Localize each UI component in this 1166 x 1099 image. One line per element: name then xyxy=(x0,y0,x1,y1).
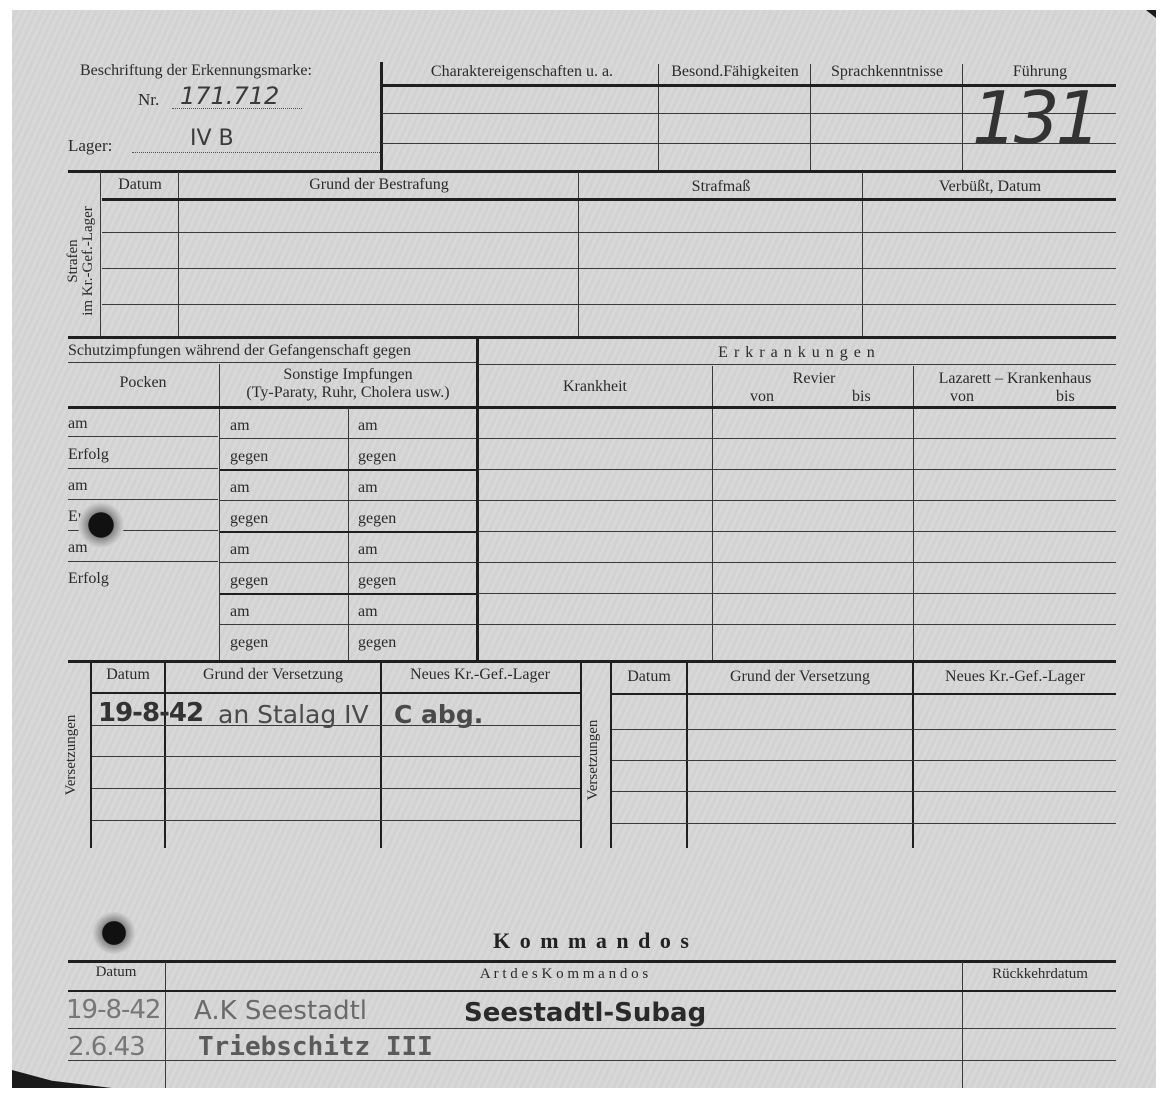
revier-label: Revier xyxy=(714,370,914,388)
lazarett-bis: bis xyxy=(1056,388,1075,406)
col-datum-right: Datum xyxy=(612,668,686,686)
sonstige-row: am xyxy=(230,417,250,435)
kommando-art-2: Triebschitz III xyxy=(198,1032,433,1062)
fuehrung-value: 131 xyxy=(972,76,1097,160)
rule xyxy=(612,760,1116,761)
scan-shadow xyxy=(12,1070,112,1088)
sonstige-row: am xyxy=(358,417,378,435)
sonstige-line-2: (Ty-Paraty, Ruhr, Cholera usw.) xyxy=(220,384,476,402)
pocken-row: Erfolg xyxy=(68,446,109,464)
rule xyxy=(68,960,1116,963)
rule xyxy=(220,593,476,595)
rule xyxy=(478,531,1116,532)
lager-dotted-line xyxy=(132,152,382,153)
punch-hole xyxy=(78,502,124,548)
punch-hole xyxy=(92,912,136,954)
col-lager-right: Neues Kr.-Gef.-Lager xyxy=(914,668,1116,686)
kommando-datum-2: 2.6.43 xyxy=(68,1032,145,1062)
corner-shadow xyxy=(1146,10,1156,18)
sonstige-row: gegen xyxy=(358,572,396,590)
pow-record-card: Beschriftung der Erkennungsmarke: Nr. 17… xyxy=(12,10,1156,1088)
kommando-datum-1: 19-8-42 xyxy=(66,995,160,1025)
rule xyxy=(478,624,1116,625)
revier-bis: bis xyxy=(852,388,871,406)
rule xyxy=(612,729,1116,730)
rule xyxy=(102,304,1116,305)
revier-von: von xyxy=(750,388,774,406)
rule xyxy=(102,232,1116,233)
pocken-row: am xyxy=(68,415,88,433)
col-datum: Datum xyxy=(102,176,178,194)
side-label-line: Strafen xyxy=(66,206,81,316)
col-grund-left: Grund der Versetzung xyxy=(166,666,380,684)
divider xyxy=(712,366,713,660)
kommando-art-1: A.K Seestadtl xyxy=(194,996,367,1026)
strafen-side-label: Strafen im Kr.-Gef.-Lager xyxy=(66,206,100,316)
sonstige-row: gegen xyxy=(230,572,268,590)
side-label-line: im Kr.-Gef.-Lager xyxy=(81,206,96,316)
nr-value: 171.712 xyxy=(180,82,279,110)
divider xyxy=(962,64,963,170)
kommandos-title: K o m m a n d o s xyxy=(392,928,792,954)
rule xyxy=(68,406,476,409)
divider xyxy=(580,662,582,848)
col-datum-left: Datum xyxy=(92,666,164,684)
rule xyxy=(612,693,1116,695)
divider xyxy=(913,366,914,660)
col-charakter: Charaktereigenschaften u. a. xyxy=(384,63,660,81)
rule xyxy=(92,788,580,789)
pocken-row: Erfolg xyxy=(68,570,109,588)
divider xyxy=(610,662,612,848)
col-kommando-art: A r t d e s K o m m a n d o s xyxy=(166,966,962,983)
erkennungsmarke-label: Beschriftung der Erkennungsmarke: xyxy=(80,62,312,80)
sonstige-row: am xyxy=(230,603,250,621)
col-grund-right: Grund der Versetzung xyxy=(688,668,912,686)
versetzung-grund: an Stalag IV xyxy=(218,700,369,729)
divider xyxy=(658,64,659,170)
divider xyxy=(862,172,863,336)
rule xyxy=(478,593,1116,594)
lager-label: Lager: xyxy=(68,136,112,156)
sonstige-row: gegen xyxy=(358,634,396,652)
col-grund: Grund der Bestrafung xyxy=(180,176,578,194)
rule xyxy=(92,756,580,757)
divider xyxy=(962,962,963,1088)
pocken-row: am xyxy=(68,477,88,495)
lazarett-von: von xyxy=(950,388,974,406)
kommando-art-extra-1: Seestadtl-Subag xyxy=(464,998,706,1028)
sonstige-row: am xyxy=(358,479,378,497)
col-kommando-datum: Datum xyxy=(68,964,164,981)
rule xyxy=(220,500,476,501)
sonstige-row: gegen xyxy=(230,510,268,528)
erkrankungen-title: E r k r a n k u n g e n xyxy=(478,344,1116,362)
rule xyxy=(68,561,218,562)
lager-value: IV B xyxy=(190,126,234,151)
sonstige-label: Sonstige Impfungen (Ty-Paraty, Ruhr, Cho… xyxy=(220,366,476,402)
rule xyxy=(220,531,476,533)
rule xyxy=(68,499,218,500)
rule xyxy=(92,820,580,821)
rule xyxy=(478,406,1116,409)
rule xyxy=(68,436,218,437)
sonstige-row: am xyxy=(230,541,250,559)
divider xyxy=(100,172,101,336)
rule xyxy=(478,364,1116,365)
divider xyxy=(912,662,914,848)
header-divider xyxy=(380,62,383,170)
sonstige-row: am xyxy=(358,603,378,621)
rule xyxy=(220,469,476,471)
col-lager-left: Neues Kr.-Gef.-Lager xyxy=(382,666,578,684)
col-verbuesst: Verbüßt, Datum xyxy=(864,178,1116,196)
pocken-label: Pocken xyxy=(68,374,218,392)
rule xyxy=(612,791,1116,792)
rule xyxy=(220,562,476,563)
rule xyxy=(68,990,1116,992)
rule xyxy=(102,268,1116,269)
rule xyxy=(68,1028,1116,1029)
rule xyxy=(68,660,1116,663)
versetzungen-side-label-left: Versetzungen xyxy=(64,705,84,805)
col-strafmass: Strafmaß xyxy=(580,178,862,196)
sonstige-row: gegen xyxy=(230,448,268,466)
divider xyxy=(686,662,688,848)
col-rueckkehr: Rückkehrdatum xyxy=(964,966,1116,983)
rule xyxy=(478,438,1116,439)
rule xyxy=(68,336,1116,339)
rule xyxy=(612,823,1116,824)
sonstige-row: gegen xyxy=(230,634,268,652)
versetzung-datum: 19-8-42 xyxy=(98,698,203,728)
divider xyxy=(578,172,579,336)
rule xyxy=(220,624,476,625)
col-sprachen: Sprachkenntnisse xyxy=(812,63,962,81)
rule xyxy=(68,362,476,363)
rule xyxy=(220,438,476,439)
rule xyxy=(478,500,1116,501)
sonstige-row: am xyxy=(230,479,250,497)
lazarett-label: Lazarett – Krankenhaus xyxy=(915,370,1115,388)
sonstige-row: gegen xyxy=(358,510,396,528)
rule xyxy=(478,562,1116,563)
sonstige-line-1: Sonstige Impfungen xyxy=(220,366,476,384)
rule xyxy=(68,468,218,469)
rule xyxy=(68,170,1116,173)
sonstige-row: gegen xyxy=(358,448,396,466)
rule xyxy=(102,198,1116,201)
nr-label: Nr. xyxy=(138,90,159,110)
col-faehigkeiten: Besond.Fähigkeiten xyxy=(660,63,810,81)
impfungen-title: Schutzimpfungen während der Gefangenscha… xyxy=(68,342,411,360)
divider xyxy=(348,408,349,660)
divider xyxy=(810,64,811,170)
rule xyxy=(92,692,580,694)
sonstige-row: am xyxy=(358,541,378,559)
versetzungen-side-label-right: Versetzungen xyxy=(586,710,606,810)
divider xyxy=(178,172,179,336)
rule xyxy=(478,469,1116,470)
krankheit-label: Krankheit xyxy=(478,378,712,396)
versetzung-lager: C abg. xyxy=(394,700,483,729)
